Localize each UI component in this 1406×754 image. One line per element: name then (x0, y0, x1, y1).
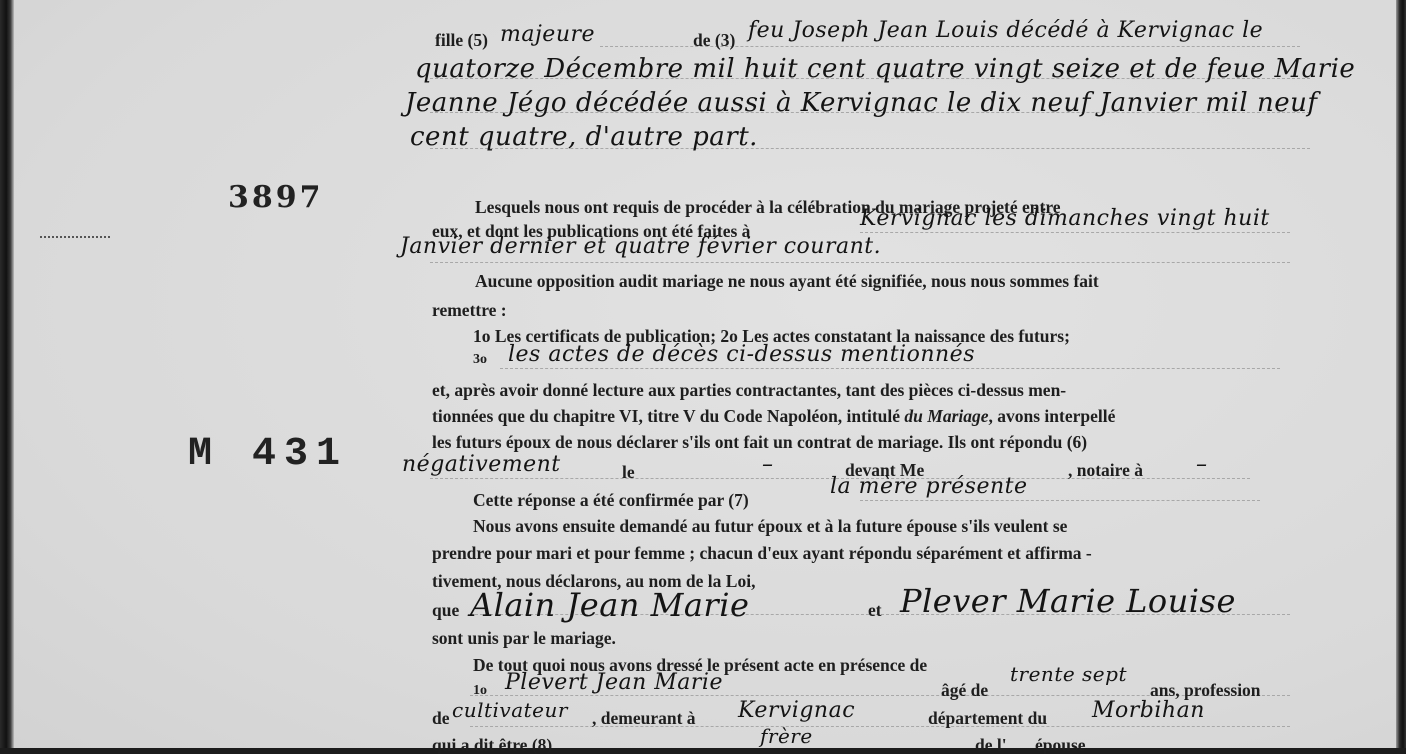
register-page: 3897 M 431 fille (5) majeure de (3) feu … (0, 0, 1406, 754)
printed-text: fille (5) (435, 30, 488, 51)
printed-text: de (432, 708, 450, 729)
handwritten-text: négativement (402, 452, 561, 477)
printed-italic-title: du Mariage (904, 406, 988, 426)
printed-text: le (622, 462, 635, 483)
handwritten-text: quatorze Décembre mil huit cent quatre v… (415, 54, 1355, 84)
ruling-line (500, 368, 1280, 369)
printed-text: , demeurant à (592, 708, 696, 729)
handwritten-text: les actes de décès ci-dessus mentionnés (508, 342, 975, 367)
printed-text: et (868, 600, 882, 621)
handwritten-text: cent quatre, d'autre part. (410, 122, 758, 152)
printed-text: les futurs époux de nous déclarer s'ils … (432, 432, 1087, 453)
handwritten-text: la mère présente (830, 474, 1028, 499)
left-binding-edge (0, 0, 14, 754)
printed-text: âgé de (941, 680, 988, 701)
witness-name: Plevert Jean Marie (505, 670, 723, 695)
handwritten-text: Janvier dernier et quatre février couran… (400, 234, 881, 259)
printed-text: que (432, 600, 459, 621)
handwritten-text: – (1196, 452, 1208, 477)
ruling-line (860, 232, 1290, 233)
handwritten-text: Kervignac les dimanches vingt huit (860, 206, 1270, 231)
printed-text: 3o (473, 352, 487, 368)
groom-name: Alain Jean Marie (470, 586, 749, 624)
printed-text: qui a dit être (8) (432, 735, 552, 754)
printed-text: tionnées que du chapitre VI, titre V du … (432, 406, 1115, 427)
printed-text: Cette réponse a été confirmée par (7) (473, 490, 749, 511)
handwritten-text: majeure (500, 22, 595, 47)
handwritten-text: Jeanne Jégo décédée aussi à Kervignac le… (405, 88, 1317, 118)
witness-relation: frère (760, 724, 813, 748)
ruling-line (860, 500, 1260, 501)
printed-text: épouse (1035, 735, 1086, 754)
act-number: 3897 (228, 180, 324, 215)
handwritten-text: – (762, 452, 774, 477)
bottom-page-edge (0, 748, 1406, 754)
ruling-line (430, 262, 1290, 263)
handwritten-text: feu Joseph Jean Louis décédé à Kervignac… (748, 18, 1263, 43)
printed-text: Nous avons ensuite demandé au futur épou… (473, 516, 1067, 537)
printed-text: sont unis par le mariage. (432, 628, 616, 649)
witness-age: trente sept (1010, 662, 1127, 686)
witness-department: Morbihan (1092, 698, 1205, 723)
witness-profession: cultivateur (452, 698, 568, 722)
printed-text: , notaire à (1068, 460, 1143, 481)
printed-text: Aucune opposition audit mariage ne nous … (475, 271, 1099, 292)
printed-text-segment: tionnées que du chapitre VI, titre V du … (432, 406, 904, 426)
right-page-edge (1396, 0, 1406, 754)
printed-text-segment: , avons interpellé (989, 406, 1116, 426)
witness-residence: Kervignac (738, 698, 855, 723)
margin-ink-mark (40, 232, 110, 238)
printed-text: prendre pour mari et pour femme ; chacun… (432, 543, 1092, 564)
bride-name: Plever Marie Louise (900, 582, 1236, 620)
printed-text: et, après avoir donné lecture aux partie… (432, 380, 1066, 401)
register-reference: M 431 (188, 432, 348, 477)
printed-text: de (3) (693, 30, 735, 51)
printed-text: de l' (975, 735, 1007, 754)
printed-text: 1o (473, 683, 487, 699)
printed-text: département du (928, 708, 1047, 729)
printed-text: remettre : (432, 300, 507, 321)
